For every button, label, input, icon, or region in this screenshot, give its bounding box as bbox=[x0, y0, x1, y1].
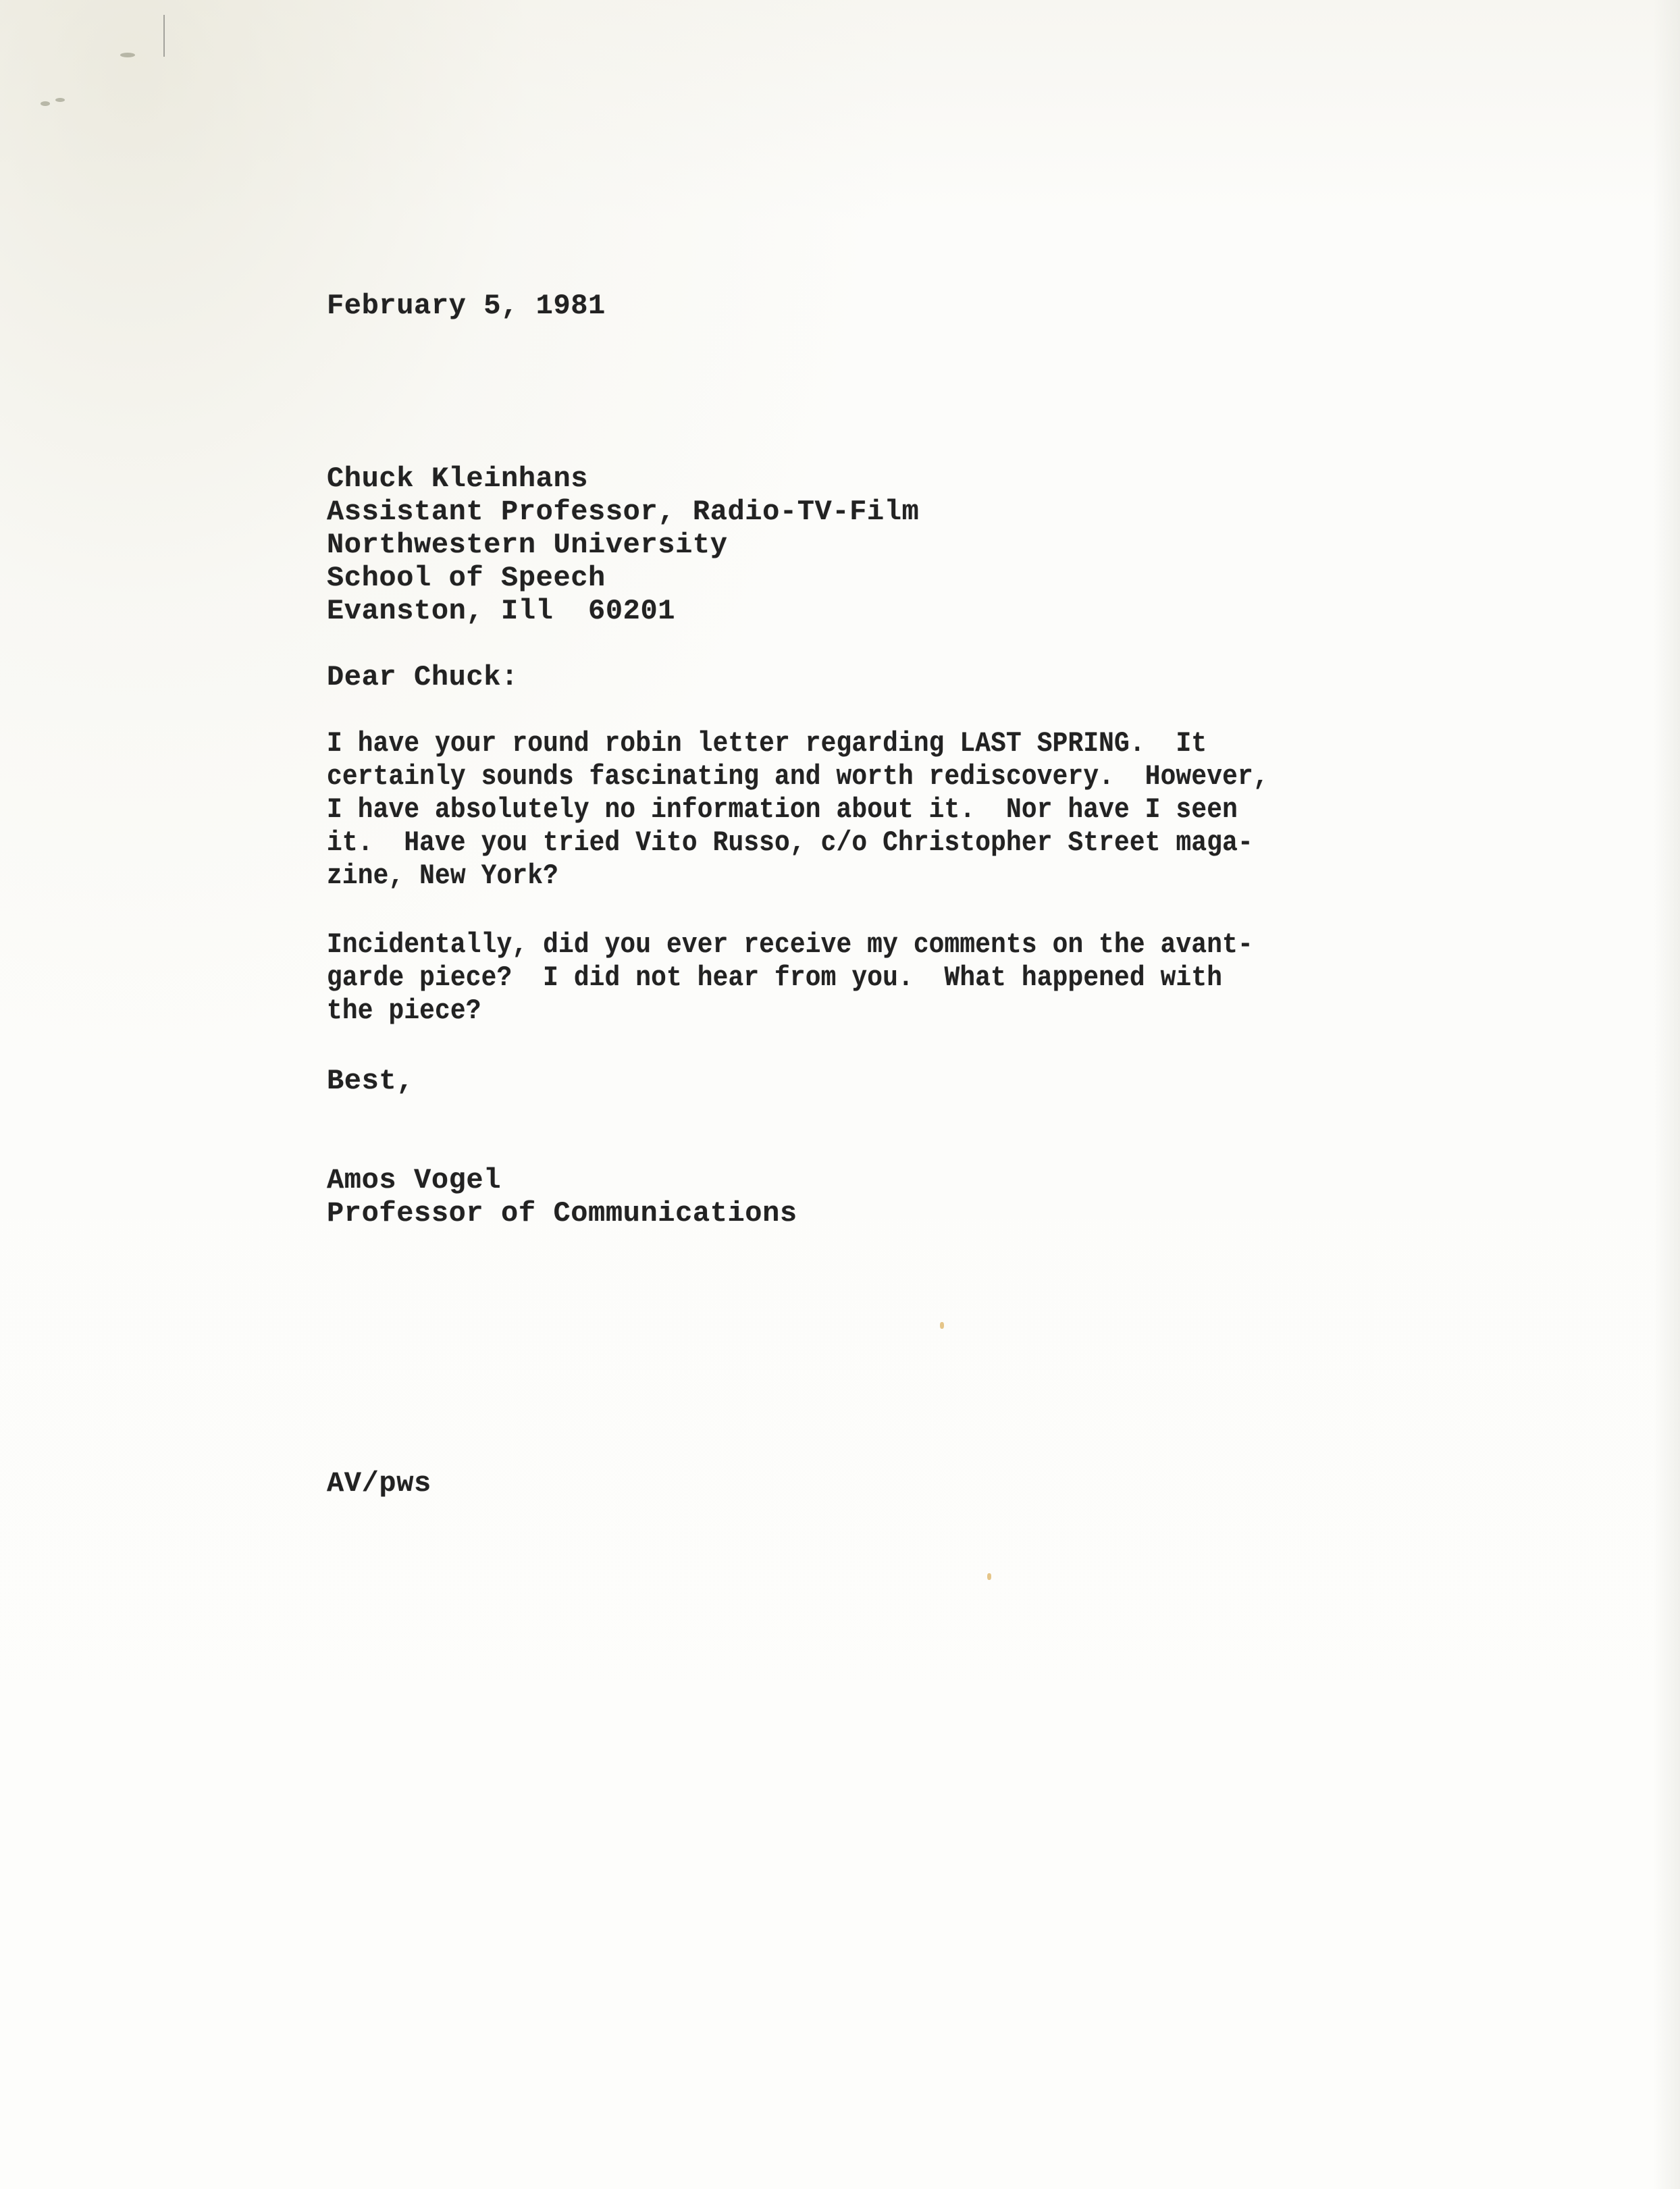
paragraph-line: certainly sounds fascinating and worth r… bbox=[327, 760, 1269, 793]
paragraph-line: I have absolutely no information about i… bbox=[327, 793, 1238, 826]
recipient-name: Chuck Kleinhans bbox=[327, 462, 588, 496]
recipient-institution: Northwestern University bbox=[327, 528, 728, 562]
paper-smudge bbox=[41, 101, 50, 106]
paragraph-line: I have your round robin letter regarding… bbox=[327, 727, 1207, 760]
paragraph-line: Incidentally, did you ever receive my co… bbox=[327, 928, 1253, 961]
paper-edge-shadow bbox=[1653, 0, 1680, 2189]
letter-page: February 5, 1981 Chuck Kleinhans Assista… bbox=[0, 0, 1680, 2189]
recipient-address: Evanston, Ill 60201 bbox=[327, 594, 675, 628]
paper-speck bbox=[940, 1322, 944, 1329]
paper-speck bbox=[987, 1573, 991, 1580]
letter-date: February 5, 1981 bbox=[327, 289, 606, 323]
paragraph-line: the piece? bbox=[327, 994, 481, 1028]
closing: Best, bbox=[327, 1064, 414, 1098]
recipient-title: Assistant Professor, Radio-TV-Film bbox=[327, 495, 919, 529]
paper-smudge bbox=[120, 53, 135, 57]
signature-name: Amos Vogel bbox=[327, 1163, 501, 1197]
paper-smudge bbox=[55, 98, 65, 102]
paragraph-line: garde piece? I did not hear from you. Wh… bbox=[327, 961, 1222, 995]
margin-mark bbox=[163, 15, 165, 57]
signature-title: Professor of Communications bbox=[327, 1196, 797, 1230]
paragraph-line: zine, New York? bbox=[327, 859, 558, 893]
paragraph-line: it. Have you tried Vito Russo, c/o Chris… bbox=[327, 826, 1253, 860]
reference-initials: AV/pws bbox=[327, 1467, 431, 1500]
salutation: Dear Chuck: bbox=[327, 660, 519, 694]
recipient-department: School of Speech bbox=[327, 561, 606, 595]
